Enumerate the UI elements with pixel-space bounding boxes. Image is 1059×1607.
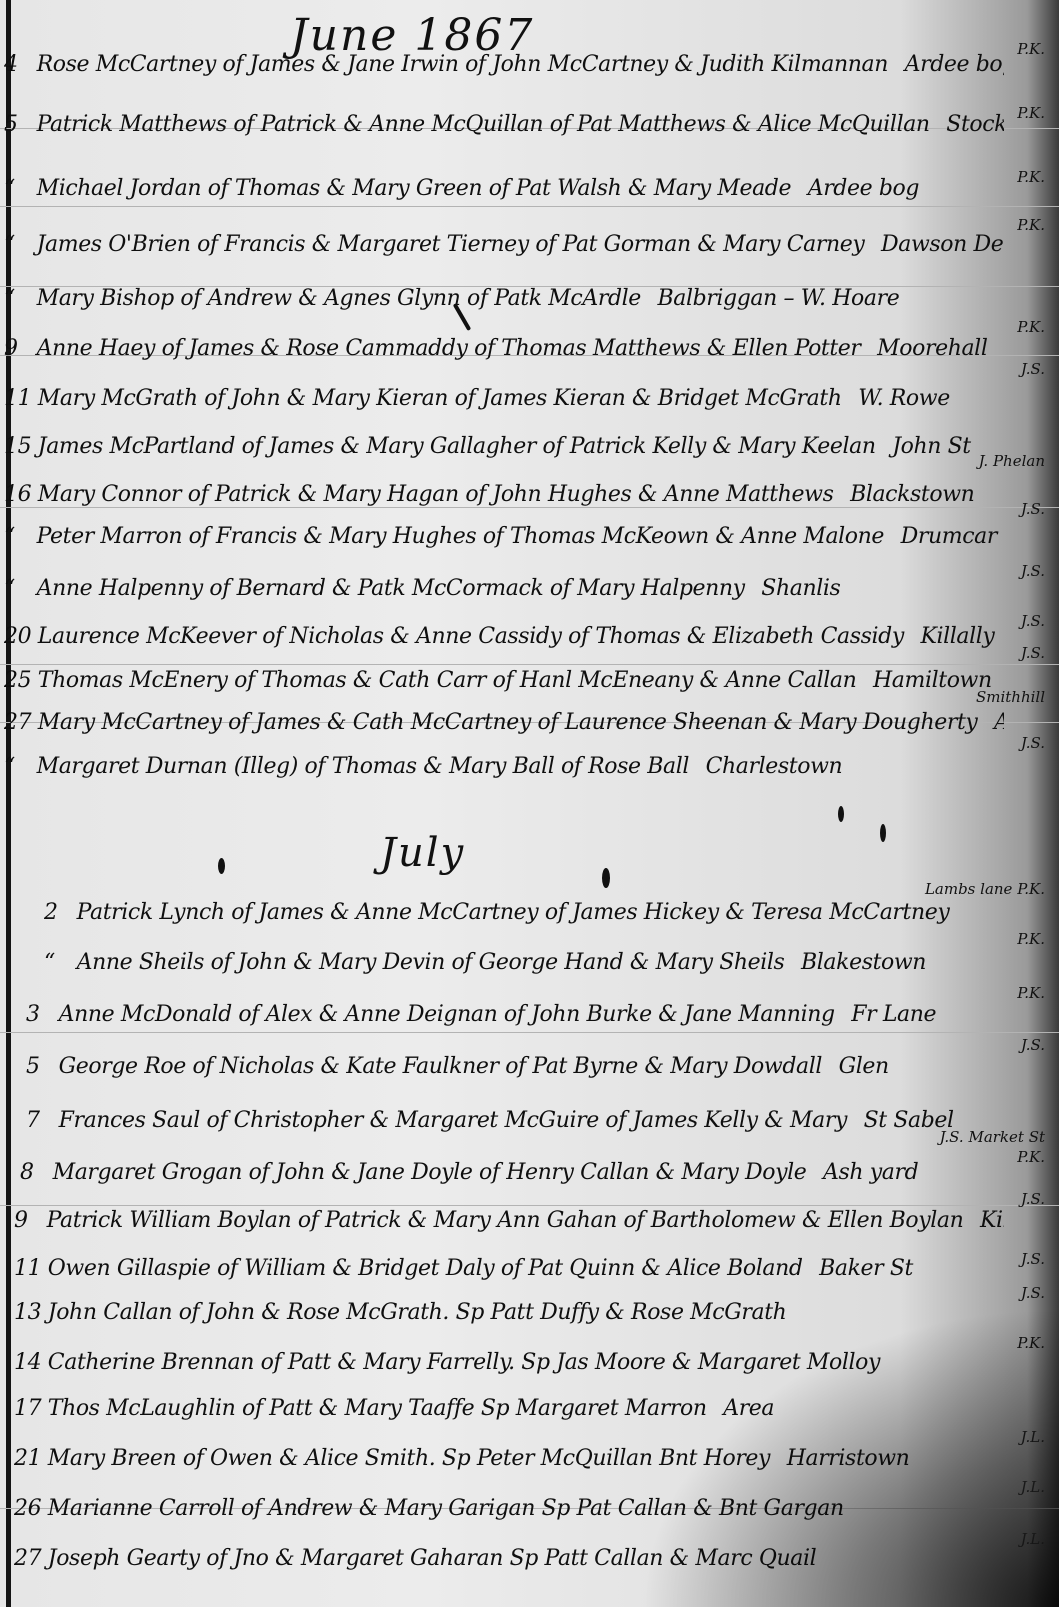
entry-day: 5 xyxy=(4,112,30,137)
entry-minister-note: P.K. xyxy=(1017,168,1045,186)
ink-blot xyxy=(880,824,886,842)
entry-day: “ xyxy=(4,232,30,257)
ruled-line xyxy=(0,206,1059,207)
month-heading-july: July xyxy=(380,830,465,876)
register-entry: “ Mary Bishop of Andrew & Agnes Glynn of… xyxy=(4,286,1004,311)
register-entry: 2 Patrick Lynch of James & Anne McCartne… xyxy=(44,900,1004,925)
entry-minister-note: J.L. xyxy=(1021,1530,1045,1548)
entry-text: Mary Breen of Owen & Alice Smith. Sp Pet… xyxy=(48,1446,770,1471)
entry-text: Margaret Grogan of John & Jane Doyle of … xyxy=(53,1160,807,1185)
register-entry: 8 Margaret Grogan of John & Jane Doyle o… xyxy=(20,1160,1000,1185)
entry-text: James McPartland of James & Mary Gallagh… xyxy=(38,434,876,459)
entry-text: Owen Gillaspie of William & Bridget Daly… xyxy=(48,1256,803,1281)
entry-residence: Ardee bog xyxy=(905,52,1004,77)
entry-residence: Kilpatrick xyxy=(980,1208,1004,1233)
register-entry: 21 Mary Breen of Owen & Alice Smith. Sp … xyxy=(14,1446,1004,1471)
register-entry: 25 Thomas McEnery of Thomas & Cath Carr … xyxy=(4,668,1004,693)
entry-residence: Charlestown xyxy=(706,754,843,779)
entry-minister-note: J.S. xyxy=(1021,1190,1045,1208)
entry-text: Peter Marron of Francis & Mary Hughes of… xyxy=(37,524,884,549)
entry-residence: Ardee bog xyxy=(808,176,919,201)
entry-residence: Balbriggan – W. Hoare xyxy=(658,286,900,311)
entry-text: Patrick Matthews of Patrick & Anne McQui… xyxy=(37,112,930,137)
entry-text: Marianne Carroll of Andrew & Mary Gariga… xyxy=(48,1496,844,1521)
entry-text: Margaret Durnan (Illeg) of Thomas & Mary… xyxy=(37,754,689,779)
entry-day: 11 xyxy=(4,386,31,411)
entry-day: 16 xyxy=(4,482,31,507)
register-entry: 15 James McPartland of James & Mary Gall… xyxy=(4,434,1004,459)
register-entry: 3 Anne McDonald of Alex & Anne Deignan o… xyxy=(26,1002,1006,1027)
entry-text: Rose McCartney of James & Jane Irwin of … xyxy=(37,52,888,77)
entry-minister-note: Lambs lane P.K. xyxy=(925,880,1045,898)
entry-residence: Killally xyxy=(920,624,994,649)
entry-text: John Callan of John & Rose McGrath. Sp P… xyxy=(48,1300,787,1325)
entry-residence: W. Rowe xyxy=(858,386,950,411)
register-entry: 11 Mary McGrath of John & Mary Kieran of… xyxy=(4,386,1004,411)
entry-text: Patrick William Boylan of Patrick & Mary… xyxy=(47,1208,964,1233)
entry-day: 7 xyxy=(26,1108,52,1133)
register-entry: 17 Thos McLaughlin of Patt & Mary Taaffe… xyxy=(14,1396,1004,1421)
ruled-line xyxy=(0,664,1059,665)
entry-minister-note: J.S. xyxy=(1021,734,1045,752)
entry-day: 14 xyxy=(14,1350,41,1375)
entry-day: 25 xyxy=(4,668,31,693)
register-entry: “ Anne Sheils of John & Mary Devin of Ge… xyxy=(44,950,1004,975)
entry-residence: Hamiltown xyxy=(873,668,992,693)
entry-text: Patrick Lynch of James & Anne McCartney … xyxy=(77,900,950,925)
entry-minister-note: J.S. Market St xyxy=(940,1128,1045,1146)
register-entry: “ Anne Halpenny of Bernard & Patk McCorm… xyxy=(4,576,1004,601)
entry-day: “ xyxy=(4,176,30,201)
ruled-line xyxy=(0,1032,1059,1033)
register-entry: 5 Patrick Matthews of Patrick & Anne McQ… xyxy=(4,112,1004,137)
entry-residence: Dawson Demesne xyxy=(881,232,1004,257)
entry-day: “ xyxy=(4,754,30,779)
register-entry: 9 Patrick William Boylan of Patrick & Ma… xyxy=(14,1208,1004,1233)
register-page: June 1867 4 Rose McCartney of James & Ja… xyxy=(0,0,1059,1607)
entry-minister-note: J.S. xyxy=(1021,1284,1045,1302)
register-entry: “ James O'Brien of Francis & Margaret Ti… xyxy=(4,232,1004,257)
entry-minister-note: P.K. xyxy=(1017,318,1045,336)
ink-blot xyxy=(838,806,844,822)
entry-text: Anne McDonald of Alex & Anne Deignan of … xyxy=(59,1002,835,1027)
entry-text: Mary Bishop of Andrew & Agnes Glynn of P… xyxy=(37,286,641,311)
entry-text: James O'Brien of Francis & Margaret Tier… xyxy=(37,232,865,257)
entry-day: “ xyxy=(4,286,30,311)
entry-residence: Moorehall xyxy=(877,336,987,361)
entry-day: 20 xyxy=(4,624,31,649)
entry-minister-note: J.S. xyxy=(1021,644,1045,662)
register-entry: 4 Rose McCartney of James & Jane Irwin o… xyxy=(4,52,1004,77)
entry-residence: Glen xyxy=(839,1054,889,1079)
register-entry: 27 Mary McCartney of James & Cath McCart… xyxy=(4,710,1004,735)
entry-residence: Ash yard xyxy=(823,1160,918,1185)
entry-text: Joseph Gearty of Jno & Margaret Gaharan … xyxy=(48,1546,817,1571)
ruled-line xyxy=(0,1205,1059,1206)
register-entry: 5 George Roe of Nicholas & Kate Faulkner… xyxy=(26,1054,1006,1079)
entry-text: Anne Halpenny of Bernard & Patk McCormac… xyxy=(37,576,745,601)
entry-day: 11 xyxy=(14,1256,41,1281)
entry-residence: Shanlis xyxy=(761,576,840,601)
entry-residence: Drumcar xyxy=(901,524,997,549)
entry-minister-note: P.K. xyxy=(1017,104,1045,122)
entry-day: 15 xyxy=(4,434,31,459)
entry-text: Thomas McEnery of Thomas & Cath Carr of … xyxy=(38,668,857,693)
entry-minister-note: P.K. xyxy=(1017,40,1045,58)
entry-residence: Ardee xyxy=(994,710,1004,735)
entry-day: 3 xyxy=(26,1002,52,1027)
register-entry: 9 Anne Haey of James & Rose Cammaddy of … xyxy=(4,336,1004,361)
entry-text: Mary McCartney of James & Cath McCartney… xyxy=(38,710,978,735)
register-entry: 27 Joseph Gearty of Jno & Margaret Gahar… xyxy=(14,1546,1004,1571)
entry-text: Anne Haey of James & Rose Cammaddy of Th… xyxy=(37,336,861,361)
register-entry: 26 Marianne Carroll of Andrew & Mary Gar… xyxy=(14,1496,1004,1521)
entry-day: 9 xyxy=(4,336,30,361)
register-entry: “ Peter Marron of Francis & Mary Hughes … xyxy=(4,524,1004,549)
entry-minister-note: P.K. xyxy=(1017,1334,1045,1352)
entry-minister-note: J.L. xyxy=(1021,1478,1045,1496)
register-entry: 14 Catherine Brennan of Patt & Mary Farr… xyxy=(14,1350,1004,1375)
entry-day: 13 xyxy=(14,1300,41,1325)
entry-day: 8 xyxy=(20,1160,46,1185)
entry-text: Anne Sheils of John & Mary Devin of Geor… xyxy=(77,950,785,975)
entry-minister-note: J.S. xyxy=(1021,562,1045,580)
entry-day: 17 xyxy=(14,1396,41,1421)
entry-day: “ xyxy=(4,576,30,601)
entry-minister-note: P.K. xyxy=(1017,984,1045,1002)
ink-blot xyxy=(602,868,610,888)
entry-day: 4 xyxy=(4,52,30,77)
entry-residence: Fr Lane xyxy=(851,1002,936,1027)
entry-text: Mary McGrath of John & Mary Kieran of Ja… xyxy=(38,386,842,411)
entry-minister-note: J. Phelan xyxy=(979,452,1045,470)
entry-residence: Blakestown xyxy=(801,950,926,975)
entry-minister-note: J.S. xyxy=(1021,360,1045,378)
entry-residence: Baker St xyxy=(819,1256,913,1281)
entry-day: 2 xyxy=(44,900,70,925)
entry-minister-note: P.K. xyxy=(1017,930,1045,948)
ruled-line xyxy=(0,507,1059,508)
entry-day: “ xyxy=(4,524,30,549)
register-entry: “ Margaret Durnan (Illeg) of Thomas & Ma… xyxy=(4,754,1004,779)
entry-minister-note: J.S. xyxy=(1021,612,1045,630)
register-entry: 13 John Callan of John & Rose McGrath. S… xyxy=(14,1300,1004,1325)
register-entry: 11 Owen Gillaspie of William & Bridget D… xyxy=(14,1256,1004,1281)
entry-residence: Blackstown xyxy=(850,482,974,507)
register-entry: 7 Frances Saul of Christopher & Margaret… xyxy=(26,1108,1006,1133)
entry-text: Catherine Brennan of Patt & Mary Farrell… xyxy=(48,1350,880,1375)
entry-minister-note: P.K. xyxy=(1017,1148,1045,1166)
entry-residence: Stockland xyxy=(946,112,1004,137)
entry-day: 26 xyxy=(14,1496,41,1521)
ink-blot xyxy=(218,858,225,874)
register-entry: “ Michael Jordan of Thomas & Mary Green … xyxy=(4,176,1004,201)
entry-residence: Area xyxy=(723,1396,774,1421)
entry-day: 27 xyxy=(14,1546,41,1571)
entry-minister-note: J.S. xyxy=(1021,500,1045,518)
entry-residence: Harristown xyxy=(787,1446,910,1471)
entry-day: 21 xyxy=(14,1446,41,1471)
entry-text: Frances Saul of Christopher & Margaret M… xyxy=(59,1108,847,1133)
entry-text: Thos McLaughlin of Patt & Mary Taaffe Sp… xyxy=(48,1396,707,1421)
entry-text: Laurence McKeever of Nicholas & Anne Cas… xyxy=(38,624,904,649)
entry-minister-note: P.K. xyxy=(1017,216,1045,234)
entry-day: 27 xyxy=(4,710,31,735)
entry-text: Mary Connor of Patrick & Mary Hagan of J… xyxy=(38,482,834,507)
entry-minister-note: J.L. xyxy=(1021,1428,1045,1446)
register-entry: 20 Laurence McKeever of Nicholas & Anne … xyxy=(4,624,1004,649)
entry-minister-note: J.S. xyxy=(1021,1250,1045,1268)
entry-text: Michael Jordan of Thomas & Mary Green of… xyxy=(37,176,792,201)
register-entry: 16 Mary Connor of Patrick & Mary Hagan o… xyxy=(4,482,1004,507)
entry-text: George Roe of Nicholas & Kate Faulkner o… xyxy=(59,1054,822,1079)
entry-day: 5 xyxy=(26,1054,52,1079)
entry-residence: John St xyxy=(892,434,971,459)
entry-minister-note: Smithhill xyxy=(976,688,1045,706)
entry-day: “ xyxy=(44,950,70,975)
entry-minister-note: J.S. xyxy=(1021,1036,1045,1054)
entry-day: 9 xyxy=(14,1208,40,1233)
